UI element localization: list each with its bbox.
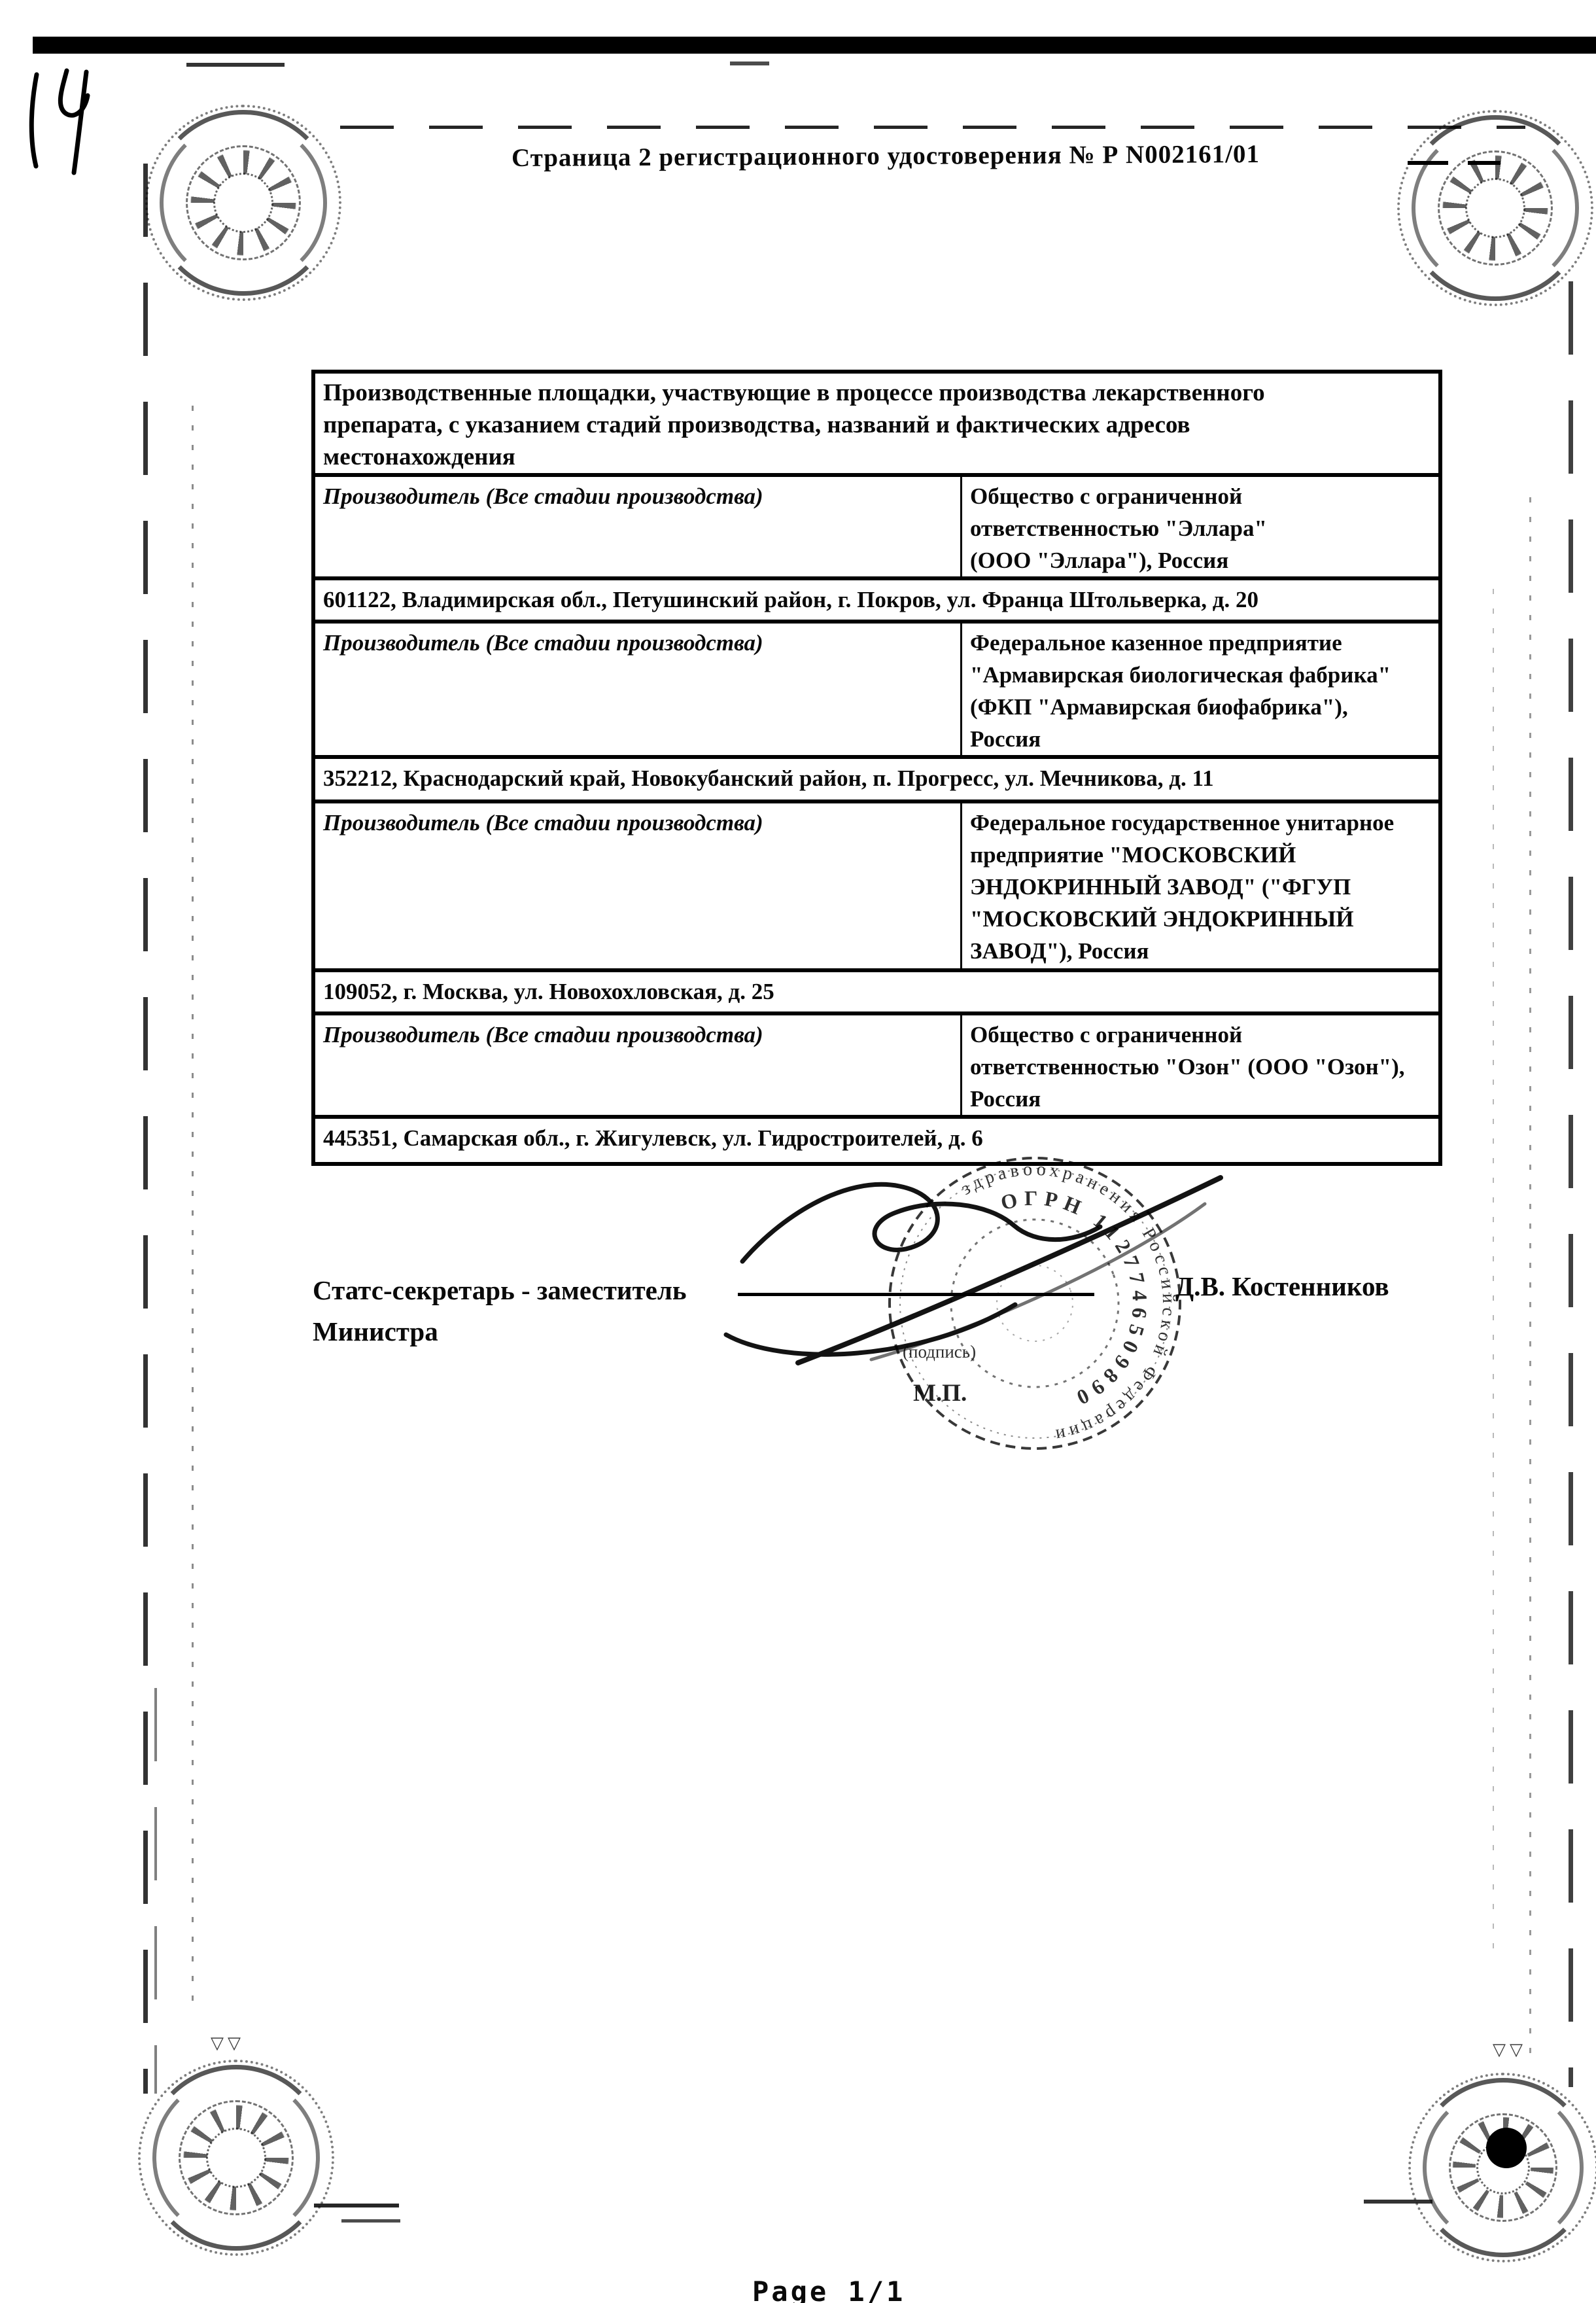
right-border-dots-2 <box>1493 589 1494 1963</box>
right-border-line <box>1569 281 1573 2087</box>
producer-name: Общество с ограниченной ответственностью… <box>960 1015 1438 1115</box>
scan-dash <box>186 63 285 67</box>
producer-address-1: 601122, Владимирская обл., Петушинский р… <box>315 576 1438 620</box>
scan-dash <box>730 62 769 65</box>
table-row-producer-3: Производитель (Все стадии производства) … <box>315 800 1438 968</box>
producer-label: Производитель (Все стадии производства) <box>315 624 960 755</box>
scan-dash <box>341 2219 400 2223</box>
table-row-producer-4: Производитель (Все стадии производства) … <box>315 1011 1438 1115</box>
page-number-footer: Page 1/1 <box>752 2276 905 2303</box>
right-border-dots <box>1529 497 1531 2054</box>
handwritten-mark-14 <box>18 63 110 187</box>
producer-label: Производитель (Все стадии производства) <box>315 1015 960 1115</box>
left-border-dots <box>192 406 194 2015</box>
producer-name: Федеральное казенное предприятие "Армави… <box>960 624 1438 755</box>
border-ornament-left: ▽▽ <box>211 2033 245 2053</box>
scanned-document-page: { "page": { "header_line": "Страница 2 р… <box>0 0 1596 2303</box>
seal-place-caption: М.П. <box>913 1379 967 1407</box>
signature-caption: (подпись) <box>903 1342 976 1362</box>
signer-title: Статс-секретарь - заместитель Министра <box>313 1270 687 1352</box>
table-header-cell: Производственные площадки, участвующие в… <box>315 374 1438 473</box>
producer-label: Производитель (Все стадии производства) <box>315 803 960 968</box>
scan-edge-bar <box>33 37 1596 54</box>
producer-address-3: 109052, г. Москва, ул. Новохохловская, д… <box>315 968 1438 1011</box>
producer-address-2: 352212, Краснодарский край, Новокубански… <box>315 755 1438 800</box>
production-sites-table: Производственные площадки, участвующие в… <box>311 370 1442 1166</box>
page-title: Страница 2 регистрационного удостоверени… <box>512 139 1260 173</box>
left-border-line-2 <box>154 1688 157 2094</box>
border-ornament-right: ▽▽ <box>1493 2040 1527 2060</box>
guilloche-rosette-top-right <box>1397 110 1593 306</box>
producer-name: Общество с ограниченной ответственностью… <box>960 477 1438 576</box>
table-row-producer-1: Производитель (Все стадии производства) … <box>315 473 1438 576</box>
producer-name: Федеральное государственное унитарное пр… <box>960 803 1438 968</box>
table-row-producer-2: Производитель (Все стадии производства) … <box>315 620 1438 755</box>
scan-dash <box>1364 2200 1432 2204</box>
signer-name: Д.В. Костенников <box>1175 1271 1389 1302</box>
producer-label: Производитель (Все стадии производства) <box>315 477 960 576</box>
left-border-line <box>143 164 148 2094</box>
punch-hole-dot <box>1486 2128 1527 2168</box>
scan-dash <box>314 2204 399 2207</box>
signature-underline <box>738 1293 1094 1296</box>
producer-address-4: 445351, Самарская обл., г. Жигулевск, ул… <box>315 1115 1438 1162</box>
guilloche-rosette-bottom-left <box>138 2060 334 2256</box>
guilloche-rosette-top-left <box>145 105 341 301</box>
dashed-rule <box>340 126 1525 129</box>
